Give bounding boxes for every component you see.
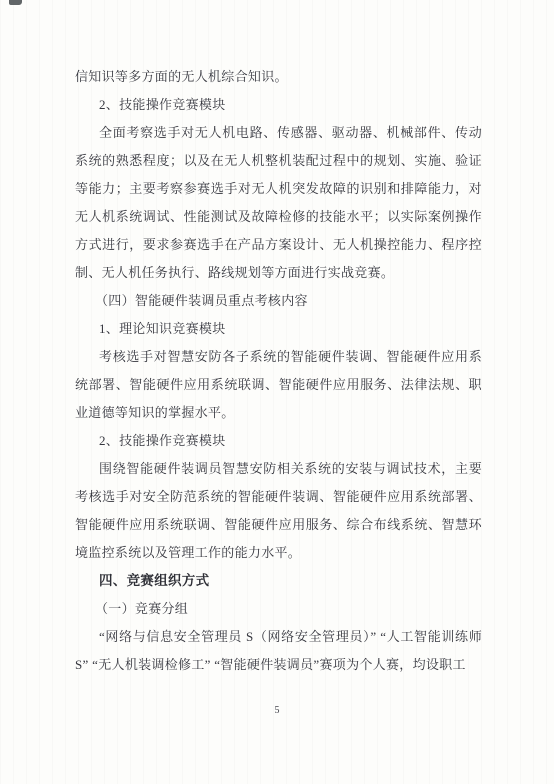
document-page: 信知识等多方面的无人机综合知识。 2、技能操作竞赛模块 全面考察选手对无人机电路… [0,0,554,784]
paragraph-hardware-skill-detail: 围绕智能硬件装调员智慧安防相关系统的安装与调试技术，主要考核选手对安全防范系统的… [75,455,482,567]
paragraph-continuation: 信知识等多方面的无人机综合知识。 [75,63,482,91]
document-body: 信知识等多方面的无人机综合知识。 2、技能操作竞赛模块 全面考察选手对无人机电路… [75,63,482,679]
scan-smudge-artifact [9,0,22,5]
page-number: 5 [0,705,554,716]
paragraph-uav-skill-detail: 全面考察选手对无人机电路、传感器、驱动器、机械部件、传动系统的熟悉程度；以及在无… [75,119,482,287]
heading-section-four-hardware: （四）智能硬件装调员重点考核内容 [75,287,482,315]
heading-chapter-organization: 四、竞赛组织方式 [75,567,482,595]
heading-skill-module-uav: 2、技能操作竞赛模块 [75,91,482,119]
heading-theory-module: 1、理论知识竞赛模块 [75,315,482,343]
paragraph-grouping-detail: “网络与信息安全管理员 S（网络安全管理员）” “人工智能训练师 S” “无人机… [75,623,482,679]
paragraph-theory-detail: 考核选手对智慧安防各子系统的智能硬件装调、智能硬件应用系统部署、智能硬件应用系统… [75,343,482,427]
heading-competition-grouping: （一）竞赛分组 [75,595,482,623]
heading-skill-module-hardware: 2、技能操作竞赛模块 [75,427,482,455]
